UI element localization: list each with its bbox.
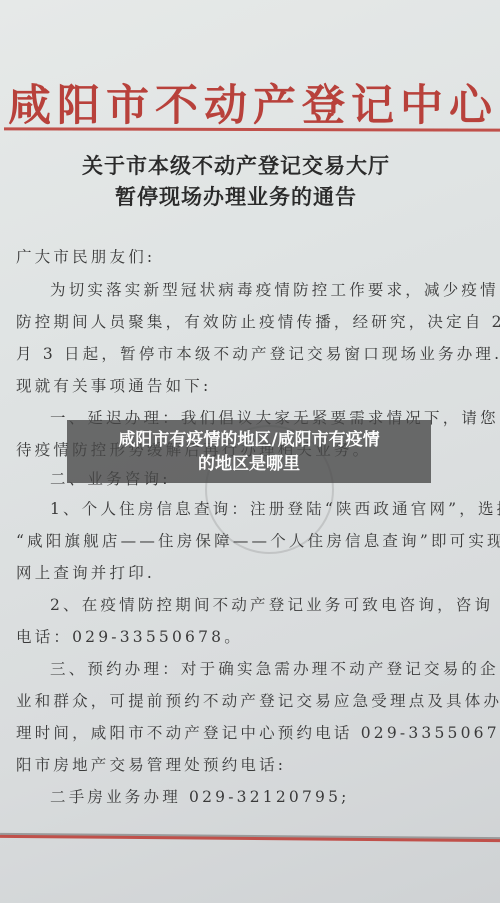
section-three-line: 理时间，咸阳市不动产登记中心预约电话 029-33550678；咸 (16, 721, 500, 743)
item-1-line: 1、个人住房信息查询：注册登陆“陕西政通官网”，选择 (50, 497, 500, 519)
salutation: 广大市民朋友们: (16, 245, 155, 267)
item-2-phone: 电话：029-33550678。 (16, 625, 243, 647)
body-line: 月 3 日起，暂停市本级不动产登记交易窗口现场业务办理. (16, 342, 500, 364)
section-three-line: 业和群众，可提前预约不动产登记交易应急受理点及具体办 (16, 689, 500, 711)
notice-title-line2: 暂停现场办理业务的通告 (0, 181, 486, 211)
body-line: 防控期间人员聚集，有效防止疫情传播，经研究，决定自 2 (16, 310, 500, 332)
body-line: 现就有关事项通告如下: (16, 374, 211, 396)
section-three-line: 三、预约办理：对于确实急需办理不动产登记交易的企 (50, 657, 499, 679)
caption-overlay: 咸阳市有疫情的地区/咸阳市有疫情 的地区是哪里 (67, 420, 431, 483)
notice-title-line1: 关于市本级不动产登记交易大厅 (0, 150, 486, 180)
body-line: 为切实落实新型冠状病毒疫情防控工作要求，减少疫情 (50, 278, 499, 300)
section-three-line: 阳市房地产交易管理处预约电话: (16, 753, 286, 775)
caption-line2: 的地区是哪里 (198, 452, 300, 476)
item-2-line: 2、在疫情防控期间不动产登记业务可致电咨询，咨询 (50, 593, 493, 615)
footer-divider (0, 835, 500, 842)
notice-photo: 咸阳市不动产登记中心 关于市本级不动产登记交易大厅 暂停现场办理业务的通告 广大… (0, 0, 500, 903)
caption-line1: 咸阳市有疫情的地区/咸阳市有疫情 (118, 428, 379, 452)
item-1-line: “咸阳旗舰店——住房保障——个人住房信息查询”即可实现 (16, 529, 500, 551)
secondhand-housing-phone: 二手房业务办理 029-32120795; (50, 785, 350, 807)
masthead-title: 咸阳市不动产登记中心 (8, 72, 500, 133)
item-1-line: 网上查询并打印. (16, 561, 155, 583)
